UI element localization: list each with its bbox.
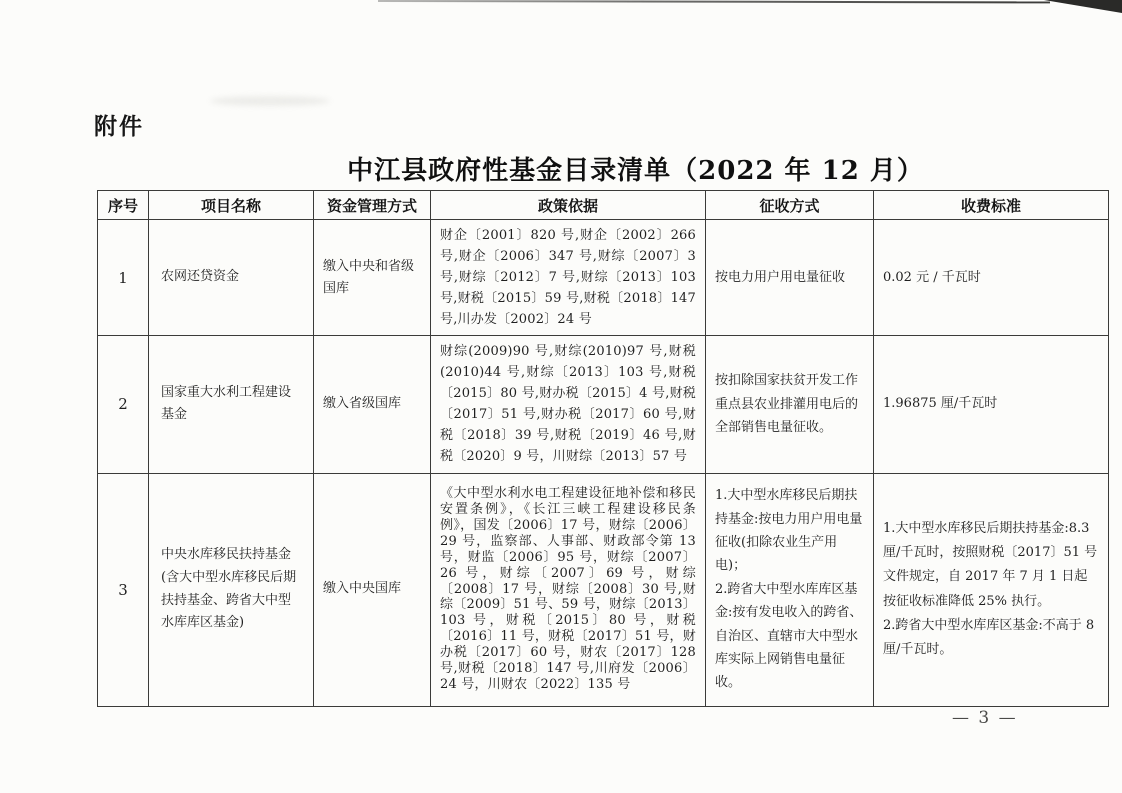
cell-project-name: 中央水库移民扶持基金(含大中型水库移民后期扶持基金、跨省大中型水库库区基金) [149,473,314,706]
cell-policy-basis: 财综(2009)90 号,财综(2010)97 号,财税(2010)44 号,财… [431,336,706,473]
cell-fee-standard: 0.02 元 / 千瓦时 [874,220,1109,336]
table-header-row: 序号 项目名称 资金管理方式 政策依据 征收方式 收费标准 [98,191,1109,220]
document-title: 中江县政府性基金目录清单（2022 年 12 月） [97,150,1108,187]
header-project-name: 项目名称 [149,191,314,220]
header-fund-management: 资金管理方式 [314,191,431,220]
cell-collection-method: 1.大中型水库移民后期扶持基金:按电力用户用电量征收(扣除农业生产用电)； 2.… [706,473,874,706]
cell-serial-number: 1 [98,220,149,336]
scan-artifact-top-line [378,0,1050,3]
scanned-document-page: 附件 中江县政府性基金目录清单（2022 年 12 月） 序号 项目名称 资金管… [0,0,1122,793]
attachment-label: 附件 [94,108,144,141]
cell-serial-number: 2 [98,336,149,473]
table-row: 2 国家重大水利工程建设基金 缴入省级国库 财综(2009)90 号,财综(20… [98,336,1109,473]
header-serial-number: 序号 [98,191,149,220]
cell-collection-method: 按电力用户用电量征收 [706,220,874,336]
header-policy-basis: 政策依据 [431,191,706,220]
cell-collection-method: 按扣除国家扶贫开发工作重点县农业排灌用电后的全部销售电量征收。 [706,336,874,473]
cell-fee-standard: 1.96875 厘/千瓦时 [874,336,1109,473]
page-number: — 3 — [952,708,1018,728]
cell-fund-management: 缴入中央国库 [314,473,431,706]
table-row: 1 农网还贷资金 缴入中央和省级国库 财企〔2001〕820 号,财企〔2002… [98,220,1109,336]
cell-policy-basis: 财企〔2001〕820 号,财企〔2002〕266 号,财企〔2006〕347 … [431,220,706,336]
table-row: 3 中央水库移民扶持基金(含大中型水库移民后期扶持基金、跨省大中型水库库区基金)… [98,473,1109,706]
header-fee-standard: 收费标准 [874,191,1109,220]
cell-project-name: 国家重大水利工程建设基金 [149,336,314,473]
scan-artifact-corner [1044,0,1122,13]
cell-policy-basis: 《大中型水利水电工程建设征地补偿和移民安置条例》，《长江三峡工程建设移民条例》，… [431,473,706,706]
cell-fund-management: 缴入省级国库 [314,336,431,473]
scan-artifact-smudge [210,96,330,106]
cell-fund-management: 缴入中央和省级国库 [314,220,431,336]
cell-project-name: 农网还贷资金 [149,220,314,336]
cell-fee-standard: 1.大中型水库移民后期扶持基金:8.3 厘/千瓦时，按照财税〔2017〕51 号… [874,473,1109,706]
fund-directory-table: 序号 项目名称 资金管理方式 政策依据 征收方式 收费标准 1 农网还贷资金 缴… [97,190,1109,707]
header-collection-method: 征收方式 [706,191,874,220]
cell-serial-number: 3 [98,473,149,706]
